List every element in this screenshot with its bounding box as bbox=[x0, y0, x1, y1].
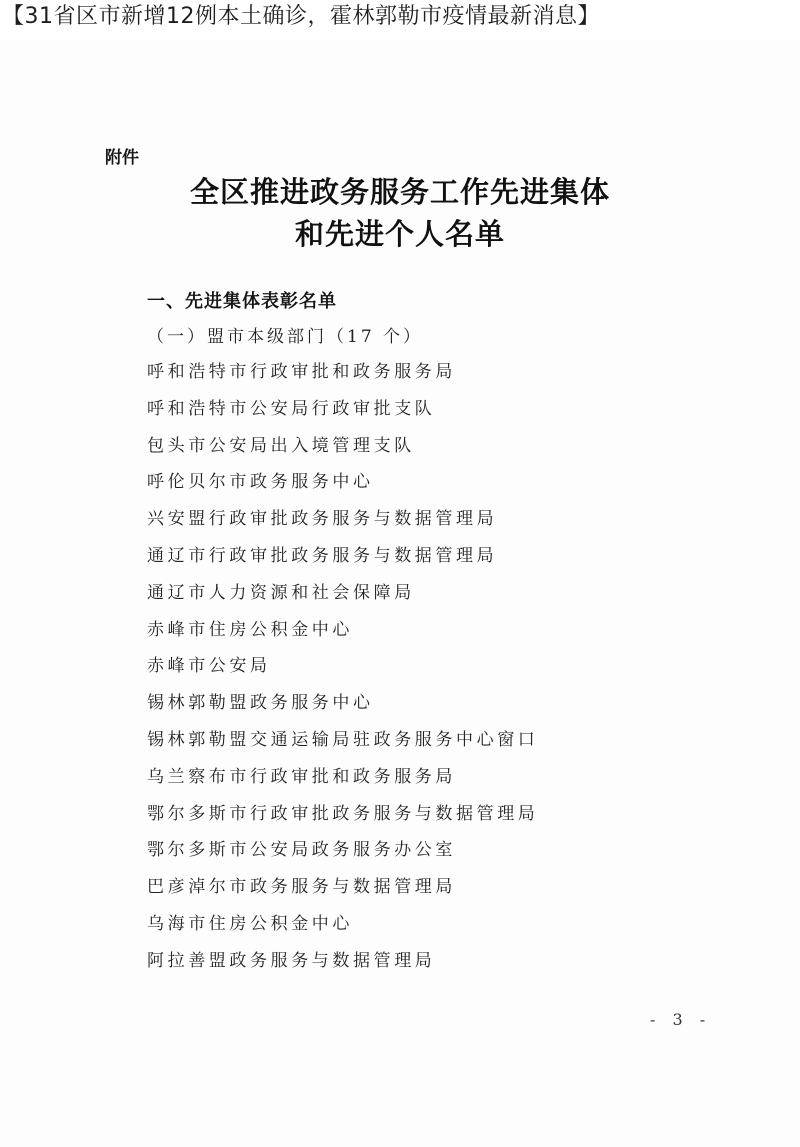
honoree-list: 呼和浩特市行政审批和政务服务局 呼和浩特市公安局行政审批支队 包头市公安局出入境… bbox=[147, 360, 538, 986]
list-item: 鄂尔多斯市行政审批政务服务与数据管理局 bbox=[147, 802, 538, 839]
list-item: 锡林郭勒盟交通运输局驻政务服务中心窗口 bbox=[147, 728, 538, 765]
list-item: 鄂尔多斯市公安局政务服务办公室 bbox=[147, 838, 538, 875]
list-item: 包头市公安局出入境管理支队 bbox=[147, 434, 538, 471]
section-heading: 一、先进集体表彰名单 bbox=[147, 287, 337, 313]
list-item: 呼伦贝尔市政务服务中心 bbox=[147, 470, 538, 507]
list-item: 巴彦淖尔市政务服务与数据管理局 bbox=[147, 875, 538, 912]
list-item: 赤峰市公安局 bbox=[147, 654, 538, 691]
page-number: - 3 - bbox=[650, 1010, 711, 1029]
list-item: 乌海市住房公积金中心 bbox=[147, 912, 538, 949]
subsection-heading: （一）盟市本级部门（17 个） bbox=[147, 322, 423, 347]
list-item: 通辽市人力资源和社会保障局 bbox=[147, 581, 538, 618]
list-item: 呼和浩特市行政审批和政务服务局 bbox=[147, 360, 538, 397]
list-item: 锡林郭勒盟政务服务中心 bbox=[147, 691, 538, 728]
list-item: 通辽市行政审批政务服务与数据管理局 bbox=[147, 544, 538, 581]
scanned-document-page: 附件 全区推进政务服务工作先进集体 和先进个人名单 一、先进集体表彰名单 （一）… bbox=[0, 40, 800, 1147]
list-item: 呼和浩特市公安局行政审批支队 bbox=[147, 397, 538, 434]
document-title-line-1: 全区推进政务服务工作先进集体 bbox=[0, 170, 800, 211]
list-item: 乌兰察布市行政审批和政务服务局 bbox=[147, 765, 538, 802]
document-title-line-2: 和先进个人名单 bbox=[0, 212, 800, 253]
list-item: 赤峰市住房公积金中心 bbox=[147, 618, 538, 655]
attachment-label: 附件 bbox=[105, 143, 139, 168]
list-item: 兴安盟行政审批政务服务与数据管理局 bbox=[147, 507, 538, 544]
list-item: 阿拉善盟政务服务与数据管理局 bbox=[147, 949, 538, 986]
article-headline: 【31省区市新增12例本土确诊，霍林郭勒市疫情最新消息】 bbox=[2, 2, 600, 32]
